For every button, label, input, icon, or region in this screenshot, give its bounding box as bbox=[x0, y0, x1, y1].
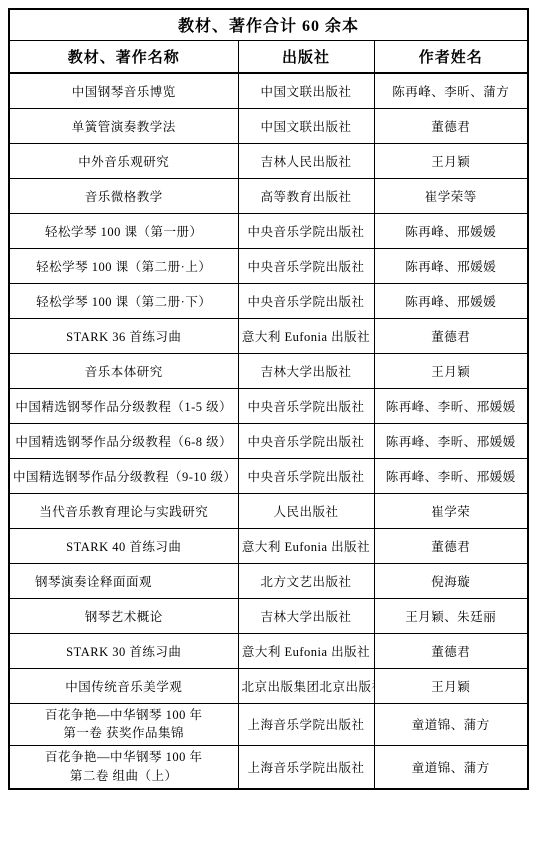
table-row: 音乐微格教学高等教育出版社崔学荣等 bbox=[9, 178, 528, 213]
table-row: STARK 30 首练习曲意大利 Eufonia 出版社董德君 bbox=[9, 633, 528, 668]
publisher-cell: 意大利 Eufonia 出版社 bbox=[238, 318, 374, 353]
table-row: 中国精选钢琴作品分级教程（9-10 级）中央音乐学院出版社陈再峰、李昕、邢媛媛 bbox=[9, 458, 528, 493]
table-row: 轻松学琴 100 课（第一册）中央音乐学院出版社陈再峰、邢媛媛 bbox=[9, 213, 528, 248]
book-title-cell: 中国精选钢琴作品分级教程（1-5 级） bbox=[9, 388, 238, 423]
publisher-cell: 吉林大学出版社 bbox=[238, 598, 374, 633]
book-title-cell: 钢琴艺术概论 bbox=[9, 598, 238, 633]
authors-cell: 王月颖 bbox=[374, 143, 528, 178]
book-title-cell: 音乐本体研究 bbox=[9, 353, 238, 388]
authors-cell: 董德君 bbox=[374, 633, 528, 668]
publisher-cell: 上海音乐学院出版社 bbox=[238, 703, 374, 746]
publisher-cell: 上海音乐学院出版社 bbox=[238, 746, 374, 789]
book-title-cell: 中国精选钢琴作品分级教程（9-10 级） bbox=[9, 458, 238, 493]
publications-table: 教材、著作合计 60 余本 教材、著作名称 出版社 作者姓名 中国钢琴音乐博览中… bbox=[8, 8, 529, 790]
authors-cell: 董德君 bbox=[374, 108, 528, 143]
book-title-cell: 轻松学琴 100 课（第二册·下） bbox=[9, 283, 238, 318]
publisher-cell: 中央音乐学院出版社 bbox=[238, 388, 374, 423]
publisher-cell: 中央音乐学院出版社 bbox=[238, 213, 374, 248]
book-title-cell: 中国钢琴音乐博览 bbox=[9, 73, 238, 108]
table-row: 钢琴演奏诠释面面观北方文艺出版社倪海璇 bbox=[9, 563, 528, 598]
table-row: 音乐本体研究吉林大学出版社王月颖 bbox=[9, 353, 528, 388]
table-row: 单簧管演奏教学法中国文联出版社董德君 bbox=[9, 108, 528, 143]
book-title-cell: 轻松学琴 100 课（第二册·上） bbox=[9, 248, 238, 283]
table-row: STARK 36 首练习曲意大利 Eufonia 出版社董德君 bbox=[9, 318, 528, 353]
authors-cell: 童道锦、蒲方 bbox=[374, 703, 528, 746]
table-row: 当代音乐教育理论与实践研究人民出版社崔学荣 bbox=[9, 493, 528, 528]
authors-cell: 陈再峰、邢媛媛 bbox=[374, 248, 528, 283]
publisher-cell: 意大利 Eufonia 出版社 bbox=[238, 633, 374, 668]
publisher-cell: 高等教育出版社 bbox=[238, 178, 374, 213]
authors-cell: 陈再峰、李昕、邢媛媛 bbox=[374, 423, 528, 458]
table-row: 中外音乐观研究吉林人民出版社王月颖 bbox=[9, 143, 528, 178]
authors-cell: 董德君 bbox=[374, 528, 528, 563]
column-header-publisher: 出版社 bbox=[238, 40, 374, 73]
book-title-cell: 单簧管演奏教学法 bbox=[9, 108, 238, 143]
publisher-cell: 吉林大学出版社 bbox=[238, 353, 374, 388]
authors-cell: 倪海璇 bbox=[374, 563, 528, 598]
authors-cell: 陈再峰、李昕、邢媛媛 bbox=[374, 458, 528, 493]
table-row: 中国钢琴音乐博览中国文联出版社陈再峰、李昕、蒲方 bbox=[9, 73, 528, 108]
publisher-cell: 中央音乐学院出版社 bbox=[238, 248, 374, 283]
authors-cell: 王月颖 bbox=[374, 353, 528, 388]
authors-cell: 童道锦、蒲方 bbox=[374, 746, 528, 789]
book-title-cell: 百花争艳—中华钢琴 100 年 第一卷 获奖作品集锦 bbox=[9, 703, 238, 746]
authors-cell: 陈再峰、邢媛媛 bbox=[374, 283, 528, 318]
book-title-cell: 当代音乐教育理论与实践研究 bbox=[9, 493, 238, 528]
publisher-cell: 意大利 Eufonia 出版社 bbox=[238, 528, 374, 563]
column-header-row: 教材、著作名称 出版社 作者姓名 bbox=[9, 40, 528, 73]
table-row: 中国精选钢琴作品分级教程（6-8 级）中央音乐学院出版社陈再峰、李昕、邢媛媛 bbox=[9, 423, 528, 458]
table-row: 轻松学琴 100 课（第二册·下）中央音乐学院出版社陈再峰、邢媛媛 bbox=[9, 283, 528, 318]
document-page: 教材、著作合计 60 余本 教材、著作名称 出版社 作者姓名 中国钢琴音乐博览中… bbox=[0, 0, 537, 848]
book-title-cell: 钢琴演奏诠释面面观 bbox=[9, 563, 238, 598]
book-title-cell: 轻松学琴 100 课（第一册） bbox=[9, 213, 238, 248]
column-header-authors: 作者姓名 bbox=[374, 40, 528, 73]
publisher-cell: 中国文联出版社 bbox=[238, 73, 374, 108]
book-title-cell: STARK 40 首练习曲 bbox=[9, 528, 238, 563]
publisher-cell: 北京出版集团北京出版社 bbox=[238, 668, 374, 703]
table-row: STARK 40 首练习曲意大利 Eufonia 出版社董德君 bbox=[9, 528, 528, 563]
authors-cell: 陈再峰、邢媛媛 bbox=[374, 213, 528, 248]
table-row: 中国精选钢琴作品分级教程（1-5 级）中央音乐学院出版社陈再峰、李昕、邢媛媛 bbox=[9, 388, 528, 423]
book-title-cell: STARK 30 首练习曲 bbox=[9, 633, 238, 668]
table-row: 中国传统音乐美学观北京出版集团北京出版社王月颖 bbox=[9, 668, 528, 703]
publisher-cell: 吉林人民出版社 bbox=[238, 143, 374, 178]
book-title-cell: 中国精选钢琴作品分级教程（6-8 级） bbox=[9, 423, 238, 458]
table-row: 轻松学琴 100 课（第二册·上）中央音乐学院出版社陈再峰、邢媛媛 bbox=[9, 248, 528, 283]
authors-cell: 崔学荣等 bbox=[374, 178, 528, 213]
authors-cell: 董德君 bbox=[374, 318, 528, 353]
book-title-cell: 音乐微格教学 bbox=[9, 178, 238, 213]
table-title-row: 教材、著作合计 60 余本 bbox=[9, 9, 528, 40]
column-header-name: 教材、著作名称 bbox=[9, 40, 238, 73]
publisher-cell: 中央音乐学院出版社 bbox=[238, 423, 374, 458]
table-row: 百花争艳—中华钢琴 100 年 第二卷 组曲（上）上海音乐学院出版社童道锦、蒲方 bbox=[9, 746, 528, 789]
publisher-cell: 北方文艺出版社 bbox=[238, 563, 374, 598]
authors-cell: 陈再峰、李昕、蒲方 bbox=[374, 73, 528, 108]
table-body: 中国钢琴音乐博览中国文联出版社陈再峰、李昕、蒲方单簧管演奏教学法中国文联出版社董… bbox=[9, 73, 528, 789]
authors-cell: 陈再峰、李昕、邢媛媛 bbox=[374, 388, 528, 423]
publisher-cell: 中国文联出版社 bbox=[238, 108, 374, 143]
book-title-cell: 中国传统音乐美学观 bbox=[9, 668, 238, 703]
authors-cell: 王月颖 bbox=[374, 668, 528, 703]
table-row: 钢琴艺术概论吉林大学出版社王月颖、朱廷丽 bbox=[9, 598, 528, 633]
publisher-cell: 中央音乐学院出版社 bbox=[238, 458, 374, 493]
authors-cell: 崔学荣 bbox=[374, 493, 528, 528]
authors-cell: 王月颖、朱廷丽 bbox=[374, 598, 528, 633]
book-title-cell: 百花争艳—中华钢琴 100 年 第二卷 组曲（上） bbox=[9, 746, 238, 789]
table-row: 百花争艳—中华钢琴 100 年 第一卷 获奖作品集锦上海音乐学院出版社童道锦、蒲… bbox=[9, 703, 528, 746]
table-title: 教材、著作合计 60 余本 bbox=[9, 9, 528, 40]
book-title-cell: STARK 36 首练习曲 bbox=[9, 318, 238, 353]
book-title-cell: 中外音乐观研究 bbox=[9, 143, 238, 178]
publisher-cell: 人民出版社 bbox=[238, 493, 374, 528]
publisher-cell: 中央音乐学院出版社 bbox=[238, 283, 374, 318]
